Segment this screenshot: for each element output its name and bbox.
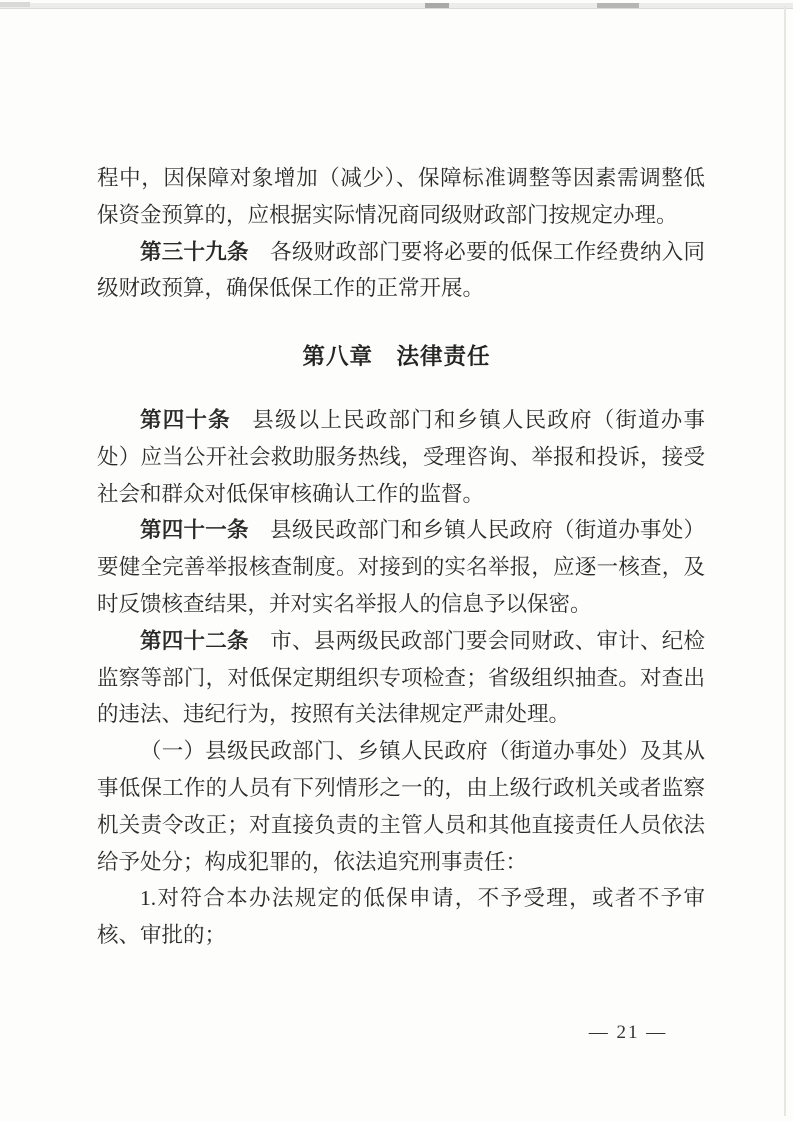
paragraph-item-1: （一）县级民政部门、乡镇人民政府（街道办事处）及其从事低保工作的人员有下列情形之… [97, 733, 705, 880]
article-number: 第四十二条 [140, 629, 249, 653]
chapter-heading: 第八章 法律责任 [0, 338, 793, 375]
scan-artifact-top-edge [0, 3, 793, 9]
paragraph-text: 1.对符合本办法规定的低保申请，不予受理，或者不予审核、审批的； [97, 886, 705, 947]
article-number: 第四十一条 [140, 518, 249, 542]
page-body-lower: 第四十条县级以上民政部门和乡镇人民政府（街道办事处）应当公开社会救助服务热线，受… [97, 402, 705, 954]
article-number: 第三十九条 [140, 240, 249, 264]
paragraph-article-39: 第三十九条各级财政部门要将必要的低保工作经费纳入同级财政预算，确保低保工作的正常… [97, 234, 705, 308]
paragraph-text: （一）县级民政部门、乡镇人民政府（街道办事处）及其从事低保工作的人员有下列情形之… [97, 739, 705, 873]
paragraph-continuation: 程中，因保障对象增加（减少）、保障标准调整等因素需调整低保资金预算的，应根据实际… [97, 160, 705, 234]
scan-artifact-top-mark [425, 3, 449, 8]
page-number: — 21 — [558, 1020, 698, 1046]
scan-artifact-top-corner [0, 2, 30, 7]
paragraph-article-41: 第四十一条县级民政部门和乡镇人民政府（街道办事处）要健全完善举报核查制度。对接到… [97, 512, 705, 622]
article-number: 第四十条 [140, 408, 231, 432]
scan-artifact-top-mark [597, 3, 639, 8]
scan-artifact-right-edge [784, 6, 786, 1116]
document-page: 程中，因保障对象增加（减少）、保障标准调整等因素需调整低保资金预算的，应根据实际… [0, 0, 793, 1121]
page-body-upper: 程中，因保障对象增加（减少）、保障标准调整等因素需调整低保资金预算的，应根据实际… [97, 160, 705, 307]
paragraph-article-40: 第四十条县级以上民政部门和乡镇人民政府（街道办事处）应当公开社会救助服务热线，受… [97, 402, 705, 512]
paragraph-text: 程中，因保障对象增加（减少）、保障标准调整等因素需调整低保资金预算的，应根据实际… [97, 166, 705, 227]
paragraph-subitem-1: 1.对符合本办法规定的低保申请，不予受理，或者不予审核、审批的； [97, 880, 705, 954]
paragraph-article-42: 第四十二条市、县两级民政部门要会同财政、审计、纪检监察等部门，对低保定期组织专项… [97, 623, 705, 733]
